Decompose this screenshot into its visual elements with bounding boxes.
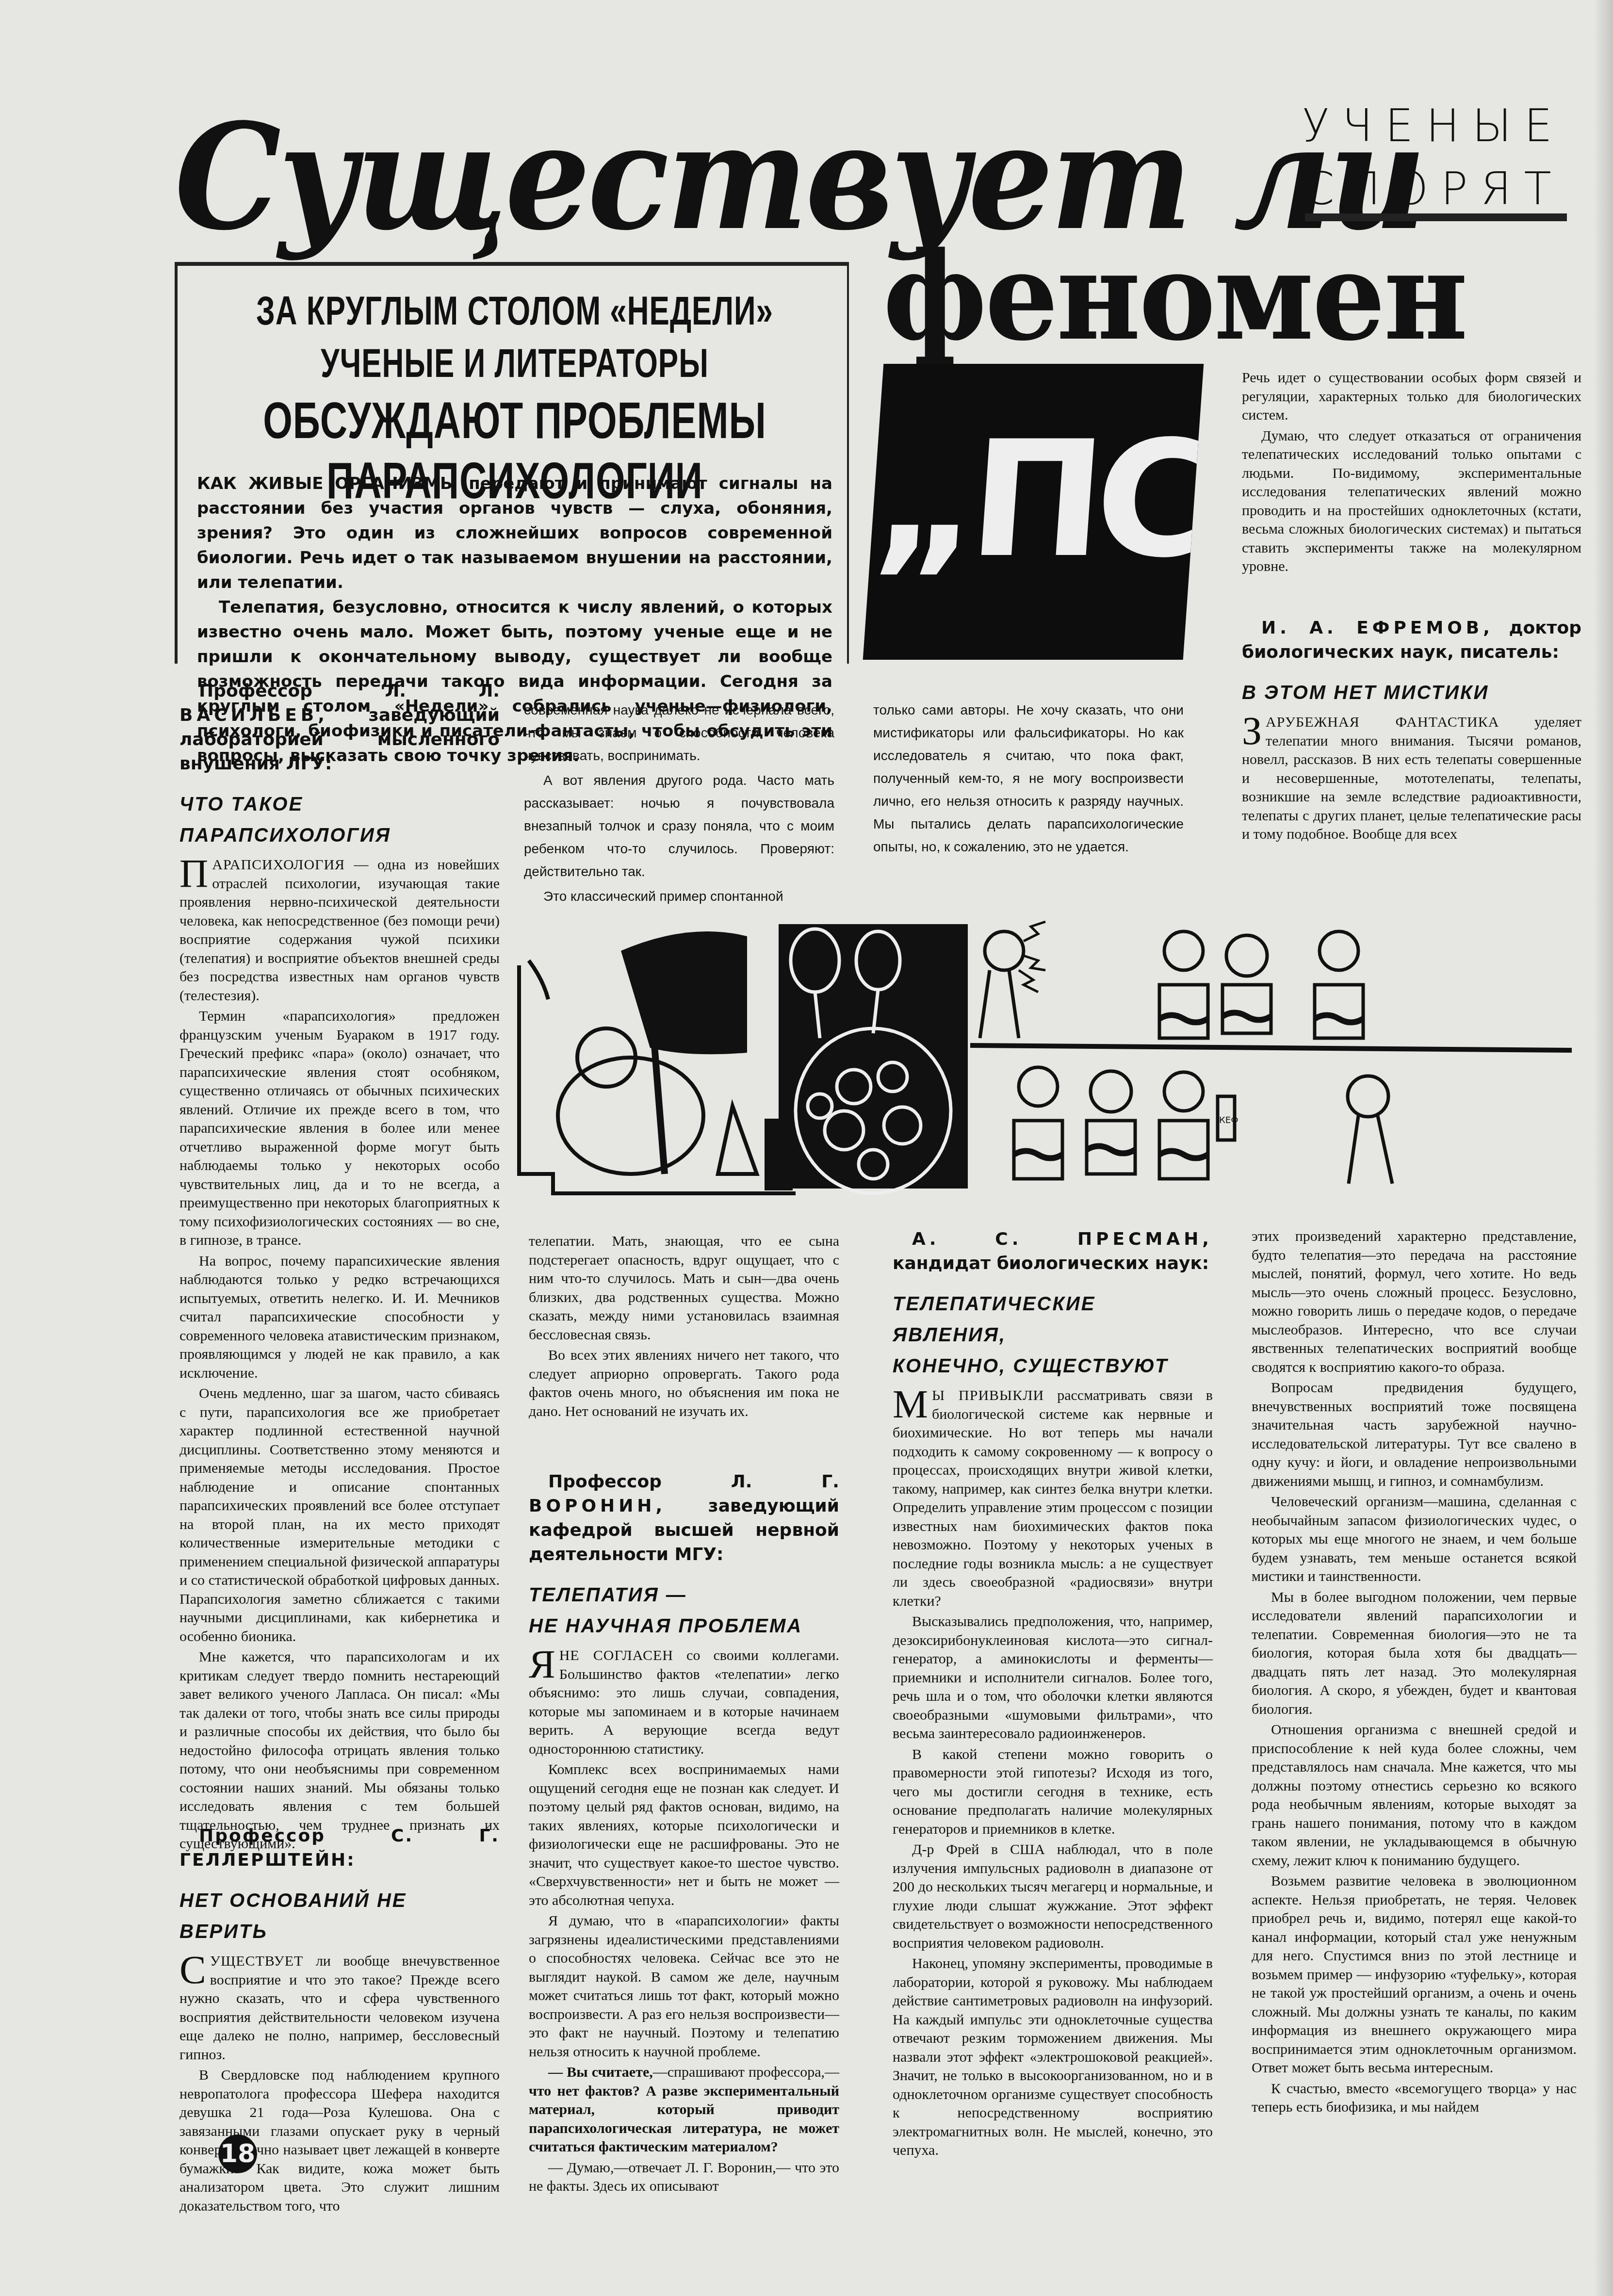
- lead-caps: АРАПСИХОЛОГИЯ: [212, 857, 345, 873]
- drop-cap: С: [179, 1954, 206, 1986]
- page-number-badge: 18: [218, 2134, 257, 2173]
- gellershtein-byline: Профессор С. Г. ГЕЛЛЕРШТЕЙН:: [179, 1824, 500, 1873]
- article-paragraph: Думаю, что следует отказаться от огранич…: [1242, 427, 1581, 576]
- question-attribution: —спрашивают профессора,—: [653, 2064, 839, 2080]
- subhead-line-2: НЕ НАУЧНАЯ ПРОБЛЕМА: [529, 1611, 839, 1642]
- article-paragraph: СУЩЕСТВУЕТ ли вообще внечувственное восп…: [179, 1952, 500, 2064]
- article-paragraph: Я думаю, что в «парапсихологии» факты за…: [529, 1912, 839, 2061]
- article-paragraph: этих произведений характерно представлен…: [1252, 1227, 1577, 1377]
- article-paragraph: Мне кажется, что парапсихологам и их кри…: [179, 1648, 500, 1854]
- gellershtein-subhead: НЕТ ОСНОВАНИЙ НЕ ВЕРИТЬ: [179, 1885, 500, 1947]
- article-paragraph: Человеческий организм—машина, сделанная …: [1252, 1493, 1577, 1586]
- article-paragraph: ЯНЕ СОГЛАСЕН со своими коллегами. Больши…: [529, 1646, 839, 1759]
- drop-cap: М: [893, 1388, 928, 1420]
- kicker: УЧЕНЫЕ СПОРЯТ: [1300, 95, 1567, 221]
- pressman-section: А. С. ПРЕСМАН, кандидат биологических на…: [893, 1227, 1213, 2162]
- author-prefix: Профессор Л. Л.: [199, 681, 500, 701]
- article-paragraph: К счастью, вместо «всемогущего творца» у…: [1252, 2080, 1577, 2117]
- efremov-section: И. А. ЕФРЕМОВ, доктор биологических наук…: [1242, 616, 1581, 846]
- gellershtein-continuation-top: современная наука далеко не исчерпала вс…: [524, 699, 834, 910]
- headline-line-2: феномен: [883, 228, 1547, 364]
- gellershtein-continuation-mid: телепатии. Мать, знающая, что ее сына по…: [529, 1232, 839, 1423]
- article-paragraph: Речь идет о существовании особых форм св…: [1242, 369, 1581, 425]
- question-text: Вы считаете,: [567, 2064, 653, 2080]
- psi-title-block: „ПСИ“?: [863, 364, 1204, 660]
- vasiliev-body: ПАРАПСИХОЛОГИЯ — одна из новейших отрасл…: [179, 856, 500, 1854]
- article-paragraph: Возьмем развитие человека в эволюционном…: [1252, 1872, 1577, 2078]
- subhead-line-1: ТЕЛЕПАТИЯ —: [529, 1580, 839, 1611]
- efremov-continuation: этих произведений характерно представлен…: [1252, 1227, 1577, 2119]
- lead-caps: Ы ПРИВЫКЛИ: [932, 1387, 1044, 1403]
- article-paragraph: Мы в более выгодном положении, чем первы…: [1252, 1588, 1577, 1719]
- author-title: кандидат биологических наук:: [893, 1254, 1209, 1273]
- voronin-byline: Профессор Л. Г. ВОРОНИН, заведующий кафе…: [529, 1470, 839, 1567]
- efremov-body: ЗАРУБЕЖНАЯ ФАНТАСТИКА уделяет телепатии …: [1242, 713, 1581, 844]
- pressman-subhead: ТЕЛЕПАТИЧЕСКИЕ ЯВЛЕНИЯ, КОНЕЧНО, СУЩЕСТВ…: [893, 1288, 1213, 1382]
- article-paragraph: ЗАРУБЕЖНАЯ ФАНТАСТИКА уделяет телепатии …: [1242, 713, 1581, 844]
- intro-top-rule: [175, 262, 849, 266]
- intro-title-line-2: ОБСУЖДАЮТ ПРОБЛЕМЫ ПАРАПСИХОЛОГИИ: [197, 390, 832, 510]
- author-name: ВОРОНИН,: [529, 1496, 666, 1516]
- article-paragraph: МЫ ПРИВЫКЛИ рассматривать связи в биолог…: [893, 1386, 1213, 1611]
- paragraph-text: уделяет телепатии много внимания. Тысячи…: [1242, 714, 1581, 842]
- gellershtein-body: СУЩЕСТВУЕТ ли вообще внечувственное восп…: [179, 1952, 500, 2215]
- drop-cap: Я: [529, 1648, 555, 1680]
- article-paragraph: Отношения организма с внешней средой и п…: [1252, 1721, 1577, 1870]
- article-paragraph: Д-р Фрей в США наблюдал, что в поле излу…: [893, 1840, 1213, 1953]
- drop-cap: З: [1242, 715, 1262, 747]
- article-paragraph: А вот явления другого рода. Часто мать р…: [524, 769, 834, 883]
- pressman-byline: А. С. ПРЕСМАН, кандидат биологических на…: [893, 1227, 1213, 1276]
- kicker-underline: [1305, 213, 1567, 221]
- vasiliev-subhead: ЧТО ТАКОЕ ПАРАПСИХОЛОГИЯ: [179, 789, 500, 851]
- article-paragraph: На вопрос, почему парапсихические явлени…: [179, 1252, 500, 1383]
- kicker-line-1: УЧЕНЫЕ: [1300, 95, 1567, 158]
- kicker-line-2: СПОРЯТ: [1300, 158, 1567, 221]
- vasiliev-byline: Профессор Л. Л. ВАСИЛЬЕВ, заведующий лаб…: [179, 679, 500, 776]
- efremov-continuation-top: только сами авторы. Не хочу сказать, что…: [873, 699, 1184, 860]
- article-paragraph: Очень медленно, шаг за шагом, часто сбив…: [179, 1384, 500, 1646]
- right-top-column: Речь идет о существовании особых форм св…: [1242, 369, 1581, 578]
- cartoon-illustration: КЕФ: [505, 902, 1601, 1198]
- pressman-body: МЫ ПРИВЫКЛИ рассматривать связи в биолог…: [893, 1386, 1213, 2160]
- lead-caps: АРУБЕЖНАЯ ФАНТАСТИКА: [1266, 714, 1499, 730]
- article-paragraph: Высказывались предположения, что, наприм…: [893, 1612, 1213, 1743]
- article-paragraph: В какой степени можно говорить о правоме…: [893, 1745, 1213, 1839]
- dash: —: [548, 2064, 567, 2080]
- article-paragraph: телепатии. Мать, знающая, что ее сына по…: [529, 1232, 839, 1344]
- lead-caps: НЕ СОГЛАСЕН: [559, 1647, 673, 1663]
- voronin-section: Профессор Л. Г. ВОРОНИН, заведующий кафе…: [529, 1470, 839, 2198]
- subhead-line-2: КОНЕЧНО, СУЩЕСТВУЮТ: [893, 1351, 1213, 1382]
- author-prefix: Профессор Л. Г.: [548, 1472, 839, 1492]
- efremov-byline: И. А. ЕФРЕМОВ, доктор биологических наук…: [1242, 616, 1581, 665]
- drop-cap: П: [179, 858, 208, 890]
- article-paragraph: современная наука далеко не исчерпала вс…: [524, 699, 834, 767]
- intro-title-line-1: ЗА КРУГЛЫМ СТОЛОМ «НЕДЕЛИ» УЧЕНЫЕ И ЛИТЕ…: [197, 285, 832, 390]
- voronin-subhead: ТЕЛЕПАТИЯ — НЕ НАУЧНАЯ ПРОБЛЕМА: [529, 1580, 839, 1642]
- intro-box: ЗА КРУГЛЫМ СТОЛОМ «НЕДЕЛИ» УЧЕНЫЕ И ЛИТЕ…: [175, 266, 849, 664]
- article-paragraph: Комплекс всех воспринимаемых нами ощущен…: [529, 1760, 839, 1910]
- interview-answer: — Думаю,—отвечает Л. Г. Воронин,— что эт…: [529, 2159, 839, 2196]
- page-edge-shade: [1594, 0, 1613, 2296]
- cartoon-illustration-icon: КЕФ: [505, 902, 1601, 1198]
- article-paragraph: Вопросам предвидения будущего, внечувств…: [1252, 1379, 1577, 1491]
- newspaper-page: Существует ли УЧЕНЫЕ СПОРЯТ феномен ЗА К…: [0, 0, 1613, 2296]
- paragraph-text: ли вообще внечувственное восприятие и чт…: [179, 1953, 500, 2063]
- lead-caps: УЩЕСТВУЕТ: [210, 1953, 304, 1969]
- paragraph-text: — одна из новейших отраслей психологии, …: [179, 857, 500, 1004]
- article-paragraph: Термин «парапсихология» предложен францу…: [179, 1007, 500, 1250]
- subhead-line-1: ТЕЛЕПАТИЧЕСКИЕ ЯВЛЕНИЯ,: [893, 1288, 1213, 1351]
- author-name: ВАСИЛЬЕВ,: [179, 705, 328, 725]
- efremov-subhead: В ЭТОМ НЕТ МИСТИКИ: [1242, 677, 1581, 708]
- question-text: что нет фактов? А разве экспериментальны…: [529, 2083, 839, 2155]
- intro-title: ЗА КРУГЛЫМ СТОЛОМ «НЕДЕЛИ» УЧЕНЫЕ И ЛИТЕ…: [197, 285, 832, 510]
- article-paragraph: только сами авторы. Не хочу сказать, что…: [873, 699, 1184, 858]
- article-paragraph: ПАРАПСИХОЛОГИЯ — одна из новейших отрасл…: [179, 856, 500, 1005]
- article-paragraph: Наконец, упомяну эксперименты, проводимы…: [893, 1954, 1213, 2160]
- author-name: А. С. ПРЕСМАН,: [912, 1229, 1213, 1249]
- voronin-body: ЯНЕ СОГЛАСЕН со своими коллегами. Больши…: [529, 1646, 839, 2196]
- paragraph-text: рассматривать связи в биологической сист…: [893, 1387, 1213, 1609]
- article-paragraph: Во всех этих явлениях ничего нет такого,…: [529, 1346, 839, 1421]
- paragraph-text: со своими коллегами. Большинство фактов …: [529, 1647, 839, 1757]
- vasiliev-section: Профессор Л. Л. ВАСИЛЬЕВ, заведующий лаб…: [179, 679, 500, 1856]
- interview-question: — Вы считаете,—спрашивают профессора,— ч…: [529, 2063, 839, 2157]
- author-name: И. А. ЕФРЕМОВ,: [1261, 618, 1494, 638]
- bottle-label: КЕФ: [1219, 1115, 1238, 1125]
